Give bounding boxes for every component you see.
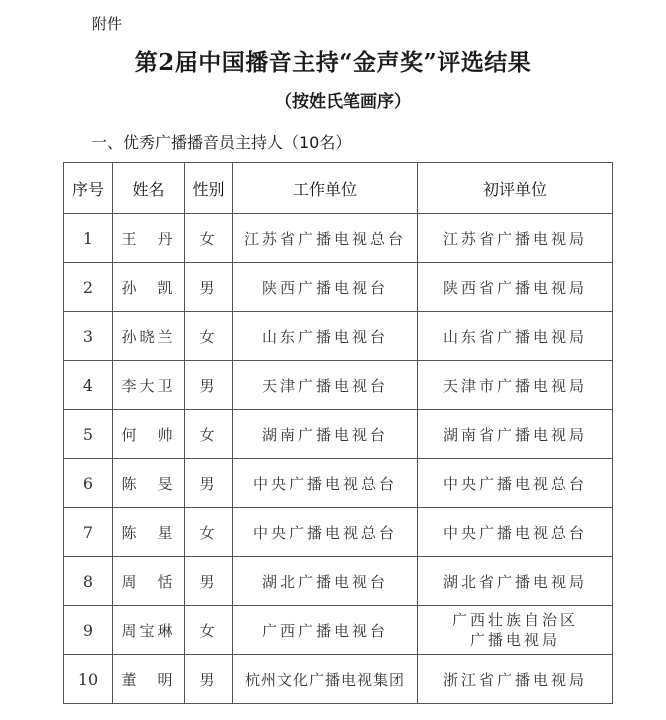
cell-review-unit: 山东省广播电视局 (418, 312, 613, 361)
cell-no: 7 (64, 508, 113, 557)
cell-work-unit: 天津广播电视台 (233, 361, 418, 410)
cell-review-unit: 广西壮族自治区 广播电视局 (418, 606, 613, 655)
cell-name: 李大卫 (113, 361, 185, 410)
cell-work-unit: 广西广播电视台 (233, 606, 418, 655)
cell-no: 4 (64, 361, 113, 410)
cell-gender: 女 (185, 606, 233, 655)
cell-gender: 男 (185, 361, 233, 410)
cell-name: 周宝琳 (113, 606, 185, 655)
cell-no: 3 (64, 312, 113, 361)
cell-gender: 男 (185, 655, 233, 704)
cell-review-unit: 陕西省广播电视局 (418, 263, 613, 312)
results-table: 序号 姓名 性别 工作单位 初评单位 1 王 丹 女 江苏省广播电视总台 江苏省… (63, 162, 613, 704)
cell-no: 2 (64, 263, 113, 312)
cell-gender: 女 (185, 312, 233, 361)
cell-review-unit: 湖南省广播电视局 (418, 410, 613, 459)
cell-no: 5 (64, 410, 113, 459)
table-row: 10 董 明 男 杭州文化广播电视集团 浙江省广播电视局 (64, 655, 613, 704)
cell-review-unit: 中央广播电视总台 (418, 508, 613, 557)
column-header-no: 序号 (64, 163, 113, 214)
document-title: 第2届中国播音主持“金声奖”评选结果 (0, 44, 666, 77)
cell-work-unit: 中央广播电视总台 (233, 508, 418, 557)
column-header-work-unit: 工作单位 (233, 163, 418, 214)
cell-name: 陈 星 (113, 508, 185, 557)
cell-name: 董 明 (113, 655, 185, 704)
cell-name: 周 恬 (113, 557, 185, 606)
table-row: 2 孙 凯 男 陕西广播电视台 陕西省广播电视局 (64, 263, 613, 312)
table-row: 9 周宝琳 女 广西广播电视台 广西壮族自治区 广播电视局 (64, 606, 613, 655)
cell-review-unit: 中央广播电视总台 (418, 459, 613, 508)
cell-review-unit: 天津市广播电视局 (418, 361, 613, 410)
table-row: 3 孙晓兰 女 山东广播电视台 山东省广播电视局 (64, 312, 613, 361)
cell-work-unit: 湖北广播电视台 (233, 557, 418, 606)
attachment-label: 附件 (92, 13, 122, 34)
cell-gender: 女 (185, 508, 233, 557)
column-header-review-unit: 初评单位 (418, 163, 613, 214)
cell-gender: 男 (185, 459, 233, 508)
cell-work-unit: 陕西广播电视台 (233, 263, 418, 312)
cell-review-unit: 湖北省广播电视局 (418, 557, 613, 606)
cell-work-unit: 中央广播电视总台 (233, 459, 418, 508)
cell-name: 孙晓兰 (113, 312, 185, 361)
section-heading: 一、优秀广播播音员主持人（10名） (91, 130, 351, 153)
cell-gender: 男 (185, 263, 233, 312)
cell-name: 何 帅 (113, 410, 185, 459)
column-header-name: 姓名 (113, 163, 185, 214)
document-subtitle: （按姓氏笔画序） (0, 87, 666, 112)
cell-no: 1 (64, 214, 113, 263)
column-header-gender: 性别 (185, 163, 233, 214)
cell-work-unit: 山东广播电视台 (233, 312, 418, 361)
cell-no: 8 (64, 557, 113, 606)
cell-name: 陈 旻 (113, 459, 185, 508)
cell-gender: 女 (185, 410, 233, 459)
cell-review-unit: 江苏省广播电视局 (418, 214, 613, 263)
review-unit-line-1: 广西壮族自治区 (418, 610, 612, 630)
cell-work-unit: 湖南广播电视台 (233, 410, 418, 459)
cell-name: 孙 凯 (113, 263, 185, 312)
review-unit-line-2: 广播电视局 (418, 630, 612, 650)
cell-review-unit: 浙江省广播电视局 (418, 655, 613, 704)
cell-no: 9 (64, 606, 113, 655)
cell-no: 6 (64, 459, 113, 508)
table-row: 5 何 帅 女 湖南广播电视台 湖南省广播电视局 (64, 410, 613, 459)
table-row: 8 周 恬 男 湖北广播电视台 湖北省广播电视局 (64, 557, 613, 606)
table-row: 6 陈 旻 男 中央广播电视总台 中央广播电视总台 (64, 459, 613, 508)
table-row: 4 李大卫 男 天津广播电视台 天津市广播电视局 (64, 361, 613, 410)
cell-work-unit: 杭州文化广播电视集团 (233, 655, 418, 704)
cell-gender: 女 (185, 214, 233, 263)
cell-name: 王 丹 (113, 214, 185, 263)
table-row: 7 陈 星 女 中央广播电视总台 中央广播电视总台 (64, 508, 613, 557)
table-row: 1 王 丹 女 江苏省广播电视总台 江苏省广播电视局 (64, 214, 613, 263)
cell-gender: 男 (185, 557, 233, 606)
cell-no: 10 (64, 655, 113, 704)
cell-work-unit: 江苏省广播电视总台 (233, 214, 418, 263)
table-header-row: 序号 姓名 性别 工作单位 初评单位 (64, 163, 613, 214)
